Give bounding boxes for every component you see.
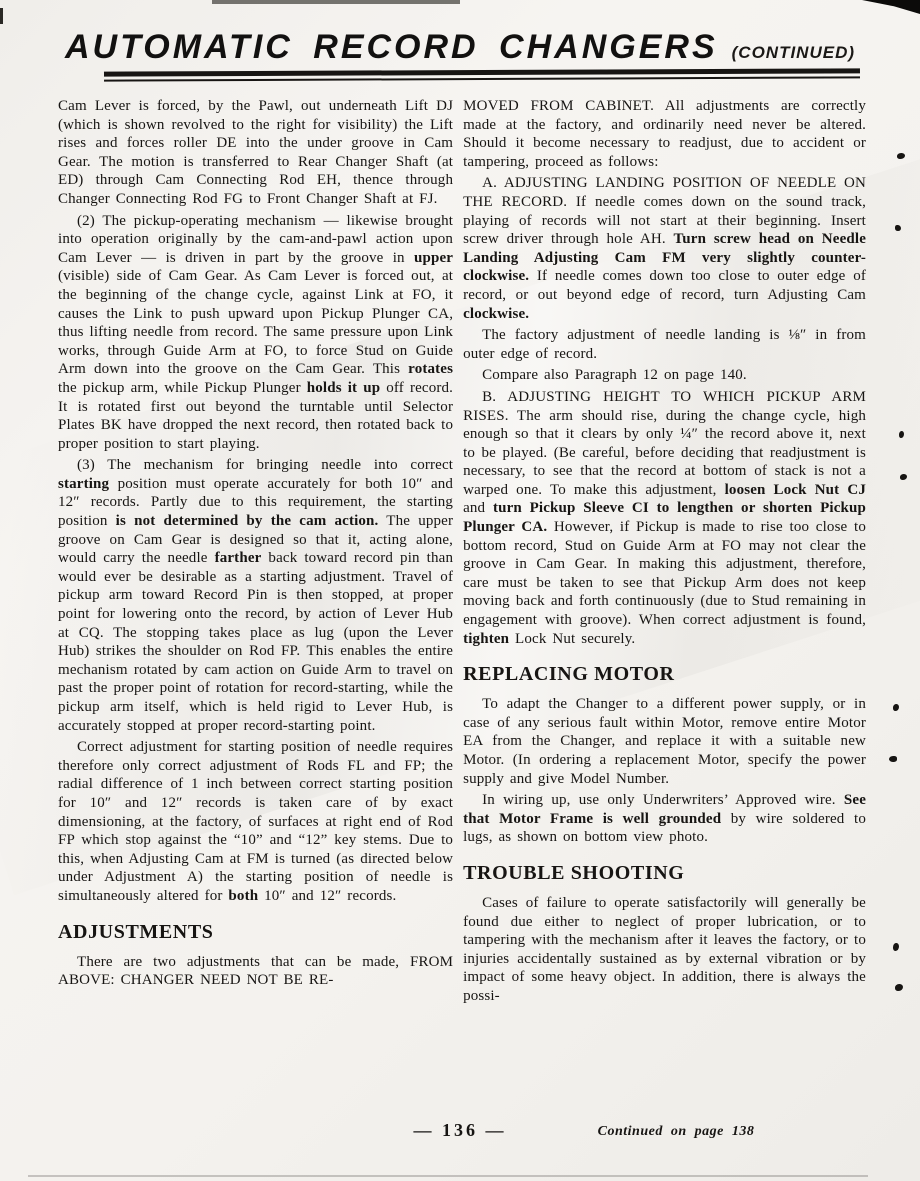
scan-bottom-line <box>28 1175 868 1177</box>
header-rule <box>104 68 860 81</box>
text-run: However, if Pickup is made to rise too c… <box>463 519 866 628</box>
bold-text-run: upper <box>414 250 453 266</box>
page-title: AUTOMATIC RECORD CHANGERS <box>65 28 718 66</box>
scan-speck <box>899 431 904 438</box>
bold-text-run: is not determined by the cam action. <box>116 513 379 529</box>
two-column-body: Cam Lever is forced, by the Pawl, out un… <box>58 97 866 1009</box>
scan-speck <box>895 984 903 991</box>
text-run: The factory adjustment of needle landing… <box>463 327 866 362</box>
scan-speck <box>895 225 901 231</box>
scan-speck <box>900 474 907 480</box>
text-run: In wiring up, use only Underwriters’ App… <box>482 792 844 808</box>
text-run: Compare also Paragraph 12 on page 140. <box>482 367 747 383</box>
text-run: There are two adjustments that can be ma… <box>58 954 453 989</box>
page-title-continued: (CONTINUED) <box>732 43 855 62</box>
bold-text-run: tighten <box>463 631 509 647</box>
text-run: MOVED FROM CABINET. All adjustments are … <box>463 98 866 170</box>
header-rule-thick <box>104 68 860 76</box>
page-number: — 136 — <box>400 1120 520 1141</box>
scan-edge-mark <box>0 8 3 24</box>
paragraph: B. ADJUSTING HEIGHT TO WHICH PICKUP ARM … <box>463 388 866 648</box>
paragraph: (3) The mechanism for bringing needle in… <box>58 456 453 735</box>
bold-text-run: rotates <box>408 361 453 377</box>
right-column: MOVED FROM CABINET. All adjustments are … <box>463 97 866 1009</box>
text-run: the pickup arm, while Pickup Plunger <box>58 380 307 396</box>
paragraph: The factory adjustment of needle landing… <box>463 326 866 363</box>
page-header: AUTOMATIC RECORD CHANGERS(CONTINUED) <box>0 28 920 67</box>
scan-corner-mark <box>862 0 920 14</box>
paragraph: To adapt the Changer to a different powe… <box>463 695 866 788</box>
scanned-manual-page: AUTOMATIC RECORD CHANGERS(CONTINUED) Cam… <box>0 0 920 1181</box>
continued-note: Continued on page 138 <box>556 1124 796 1140</box>
paragraph: MOVED FROM CABINET. All adjustments are … <box>463 97 866 171</box>
text-run: (2) The pickup-operating mechanism — lik… <box>58 213 453 266</box>
paragraph: A. ADJUSTING LANDING POSITION OF NEEDLE … <box>463 174 866 323</box>
text-run: Cam Lever is forced, by the Pawl, out un… <box>58 98 453 207</box>
paragraph: Cam Lever is forced, by the Pawl, out un… <box>58 97 453 209</box>
bold-text-run: clockwise. <box>463 306 529 322</box>
scan-speck <box>889 756 897 762</box>
text-run: (3) The mechanism for bringing needle in… <box>77 457 453 473</box>
bold-text-run: both <box>228 888 258 904</box>
section-heading: ADJUSTMENTS <box>58 921 453 944</box>
bold-text-run: starting <box>58 476 109 492</box>
scan-speck <box>893 704 899 711</box>
scan-speck <box>897 153 905 159</box>
text-run: 10″ and 12″ records. <box>258 888 396 904</box>
scan-speck <box>893 943 899 951</box>
paragraph: Correct adjustment for starting position… <box>58 738 453 905</box>
text-run: Cases of failure to operate satisfactori… <box>463 895 866 1004</box>
header-rule-thin <box>104 76 860 81</box>
paragraph: In wiring up, use only Underwriters’ App… <box>463 791 866 847</box>
text-run: and <box>463 500 493 516</box>
paragraph: (2) The pickup-operating mechanism — lik… <box>58 212 453 454</box>
text-run: To adapt the Changer to a different powe… <box>463 696 866 786</box>
paragraph: Cases of failure to operate satisfactori… <box>463 894 866 1006</box>
text-run: Lock Nut securely. <box>509 631 635 647</box>
text-run: Correct adjustment for starting position… <box>58 739 453 904</box>
bold-text-run: farther <box>215 550 262 566</box>
bold-text-run: loosen Lock Nut CJ <box>725 482 866 498</box>
paragraph: Compare also Paragraph 12 on page 140. <box>463 366 866 385</box>
text-run: back toward record pin than would ever b… <box>58 550 453 733</box>
paragraph: There are two adjustments that can be ma… <box>58 953 453 990</box>
text-run: (visible) side of Cam Gear. As Cam Lever… <box>58 268 453 377</box>
scan-bar-artifact <box>212 0 460 4</box>
bold-text-run: holds it up <box>307 380 380 396</box>
section-heading: REPLACING MOTOR <box>463 663 866 686</box>
section-heading: TROUBLE SHOOTING <box>463 862 866 885</box>
left-column: Cam Lever is forced, by the Pawl, out un… <box>58 97 453 993</box>
